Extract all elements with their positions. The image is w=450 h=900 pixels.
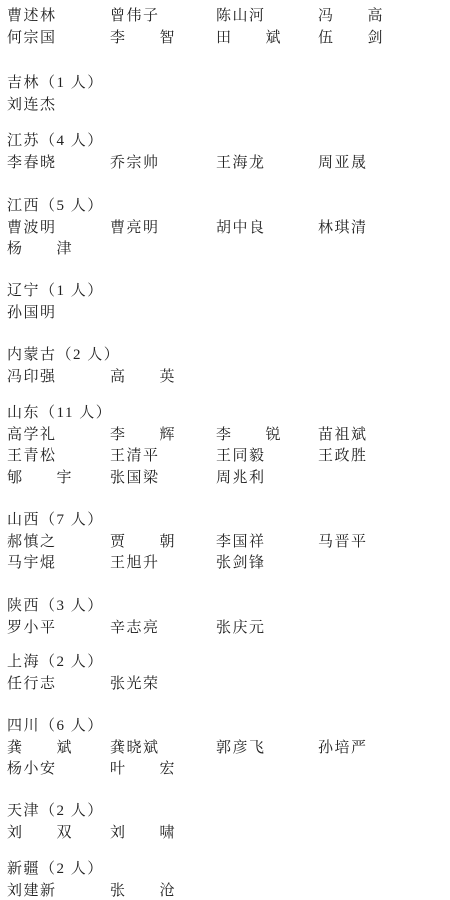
member-name: 龚 斌 xyxy=(7,738,110,760)
province-section: 山西（7 人）郝慎之贾 朝李国祥马晋平马宇焜王旭升张剑锋 xyxy=(7,510,450,575)
member-name: 胡中良 xyxy=(216,218,318,240)
member-name: 陈山河 xyxy=(216,6,318,28)
member-name-row: 孙国明 xyxy=(7,303,450,325)
member-name: 周兆利 xyxy=(216,468,318,490)
member-name: 孙培严 xyxy=(318,738,450,760)
province-header: 上海（2 人） xyxy=(7,652,450,674)
member-name: 曹亮明 xyxy=(110,218,216,240)
province-header: 新疆（2 人） xyxy=(7,859,450,881)
member-name: 郝慎之 xyxy=(7,532,110,554)
member-name-row: 郝慎之贾 朝李国祥马晋平 xyxy=(7,532,450,554)
province-section: 吉林（1 人）刘连杰 xyxy=(7,73,450,116)
member-name: 王旭升 xyxy=(110,553,216,575)
member-name: 张国梁 xyxy=(110,468,216,490)
member-name: 李 辉 xyxy=(110,425,216,447)
province-header: 山西（7 人） xyxy=(7,510,450,532)
member-name: 刘 啸 xyxy=(110,823,216,845)
province-section: 内蒙古（2 人）冯印强高 英 xyxy=(7,345,450,388)
member-name: 贾 朝 xyxy=(110,532,216,554)
member-name-row: 郇 宇张国梁周兆利 xyxy=(7,468,450,490)
member-name: 张光荣 xyxy=(110,674,216,696)
member-name: 曹述林 xyxy=(7,6,110,28)
member-name: 辛志亮 xyxy=(110,618,216,640)
continuation-section: 曹述林曾伟子陈山河冯 高何宗国李 智田 斌伍 剑 xyxy=(7,6,450,49)
member-name: 周亚晟 xyxy=(318,153,450,175)
province-section: 辽宁（1 人）孙国明 xyxy=(7,281,450,324)
member-name: 叶 宏 xyxy=(110,759,216,781)
member-name: 刘建新 xyxy=(7,881,110,900)
province-section: 山东（11 人）高学礼李 辉李 锐苗祖斌王青松王清平王同毅王政胜郇 宇张国梁周兆… xyxy=(7,403,450,489)
member-name: 杨 津 xyxy=(7,239,110,261)
member-name-row: 何宗国李 智田 斌伍 剑 xyxy=(7,28,450,50)
member-name: 李国祥 xyxy=(216,532,318,554)
member-name: 乔宗帅 xyxy=(110,153,216,175)
member-name: 孙国明 xyxy=(7,303,110,325)
member-name: 何宗国 xyxy=(7,28,110,50)
province-section: 江苏（4 人）李春晓乔宗帅王海龙周亚晟 xyxy=(7,131,450,174)
province-header: 内蒙古（2 人） xyxy=(7,345,450,367)
member-name: 王同毅 xyxy=(216,446,318,468)
document-page: { "page": { "background_color": "#ffffff… xyxy=(0,0,450,900)
member-name: 李 锐 xyxy=(216,425,318,447)
province-header: 山东（11 人） xyxy=(7,403,450,425)
member-name: 杨小安 xyxy=(7,759,110,781)
member-name: 王清平 xyxy=(110,446,216,468)
member-name: 刘 双 xyxy=(7,823,110,845)
province-header: 江西（5 人） xyxy=(7,196,450,218)
province-section: 江西（5 人）曹波明曹亮明胡中良林琪清杨 津 xyxy=(7,196,450,261)
member-name-row: 刘建新张 沧 xyxy=(7,881,450,900)
member-name: 林琪清 xyxy=(318,218,450,240)
province-header: 陕西（3 人） xyxy=(7,596,450,618)
member-name-row: 杨小安叶 宏 xyxy=(7,759,450,781)
member-name: 郇 宇 xyxy=(7,468,110,490)
member-name-row: 龚 斌龚晓斌郭彦飞孙培严 xyxy=(7,738,450,760)
member-name: 马宇焜 xyxy=(7,553,110,575)
member-name: 龚晓斌 xyxy=(110,738,216,760)
member-name: 高 英 xyxy=(110,367,216,389)
province-section: 陕西（3 人）罗小平辛志亮张庆元 xyxy=(7,596,450,639)
member-name: 苗祖斌 xyxy=(318,425,450,447)
province-section: 天津（2 人）刘 双刘 啸 xyxy=(7,801,450,844)
member-name-row: 任行志张光荣 xyxy=(7,674,450,696)
member-name: 王政胜 xyxy=(318,446,450,468)
member-name: 王海龙 xyxy=(216,153,318,175)
member-name: 张 沧 xyxy=(110,881,216,900)
member-name: 罗小平 xyxy=(7,618,110,640)
member-name-row: 冯印强高 英 xyxy=(7,367,450,389)
member-name-row: 王青松王清平王同毅王政胜 xyxy=(7,446,450,468)
member-name-row: 刘连杰 xyxy=(7,95,450,117)
member-name-row: 刘 双刘 啸 xyxy=(7,823,450,845)
member-name: 冯 高 xyxy=(318,6,450,28)
province-header: 天津（2 人） xyxy=(7,801,450,823)
province-section: 新疆（2 人）刘建新张 沧 xyxy=(7,859,450,900)
member-name: 田 斌 xyxy=(216,28,318,50)
member-name-row: 曹波明曹亮明胡中良林琪清 xyxy=(7,218,450,240)
province-header: 辽宁（1 人） xyxy=(7,281,450,303)
member-name-row: 高学礼李 辉李 锐苗祖斌 xyxy=(7,425,450,447)
member-name: 伍 剑 xyxy=(318,28,450,50)
province-header: 江苏（4 人） xyxy=(7,131,450,153)
province-section: 四川（6 人）龚 斌龚晓斌郭彦飞孙培严杨小安叶 宏 xyxy=(7,716,450,781)
member-name: 李春晓 xyxy=(7,153,110,175)
name-list-document: 曹述林曾伟子陈山河冯 高何宗国李 智田 斌伍 剑吉林（1 人）刘连杰江苏（4 人… xyxy=(0,0,450,900)
member-name: 李 智 xyxy=(110,28,216,50)
member-name: 高学礼 xyxy=(7,425,110,447)
member-name: 张庆元 xyxy=(216,618,318,640)
member-name: 张剑锋 xyxy=(216,553,318,575)
member-name-row: 曹述林曾伟子陈山河冯 高 xyxy=(7,6,450,28)
member-name: 马晋平 xyxy=(318,532,450,554)
member-name: 冯印强 xyxy=(7,367,110,389)
member-name-row: 李春晓乔宗帅王海龙周亚晟 xyxy=(7,153,450,175)
member-name: 任行志 xyxy=(7,674,110,696)
member-name-row: 杨 津 xyxy=(7,239,450,261)
member-name: 王青松 xyxy=(7,446,110,468)
member-name-row: 罗小平辛志亮张庆元 xyxy=(7,618,450,640)
province-header: 吉林（1 人） xyxy=(7,73,450,95)
member-name: 曹波明 xyxy=(7,218,110,240)
member-name: 郭彦飞 xyxy=(216,738,318,760)
province-header: 四川（6 人） xyxy=(7,716,450,738)
province-section: 上海（2 人）任行志张光荣 xyxy=(7,652,450,695)
member-name-row: 马宇焜王旭升张剑锋 xyxy=(7,553,450,575)
member-name: 刘连杰 xyxy=(7,95,110,117)
member-name: 曾伟子 xyxy=(110,6,216,28)
